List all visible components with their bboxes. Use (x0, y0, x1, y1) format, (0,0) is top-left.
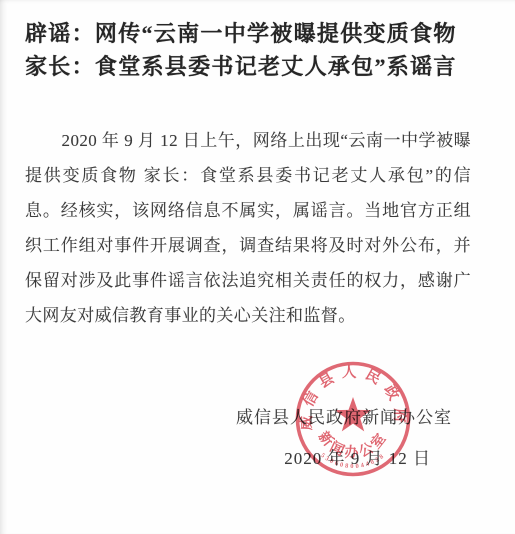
notice-title: 辟谣：网传“云南一中学被曝提供变质食物 家长：食堂系县委书记老丈人承包”系谣言 (0, 0, 515, 83)
signature-org: 威信县人民政府新闻办公室 (0, 403, 515, 428)
notice-title-line2: 家长：食堂系县委书记老丈人承包”系谣言 (25, 50, 475, 83)
signature-date: 2020 年 9 月 12 日 (0, 444, 515, 469)
scanned-notice-page: 辟谣：网传“云南一中学被曝提供变质食物 家长：食堂系县委书记老丈人承包”系谣言 … (0, 0, 515, 534)
notice-title-line1: 辟谣：网传“云南一中学被曝提供变质食物 (25, 17, 475, 50)
notice-body: 2020 年 9 月 12 日上午，网络上出现“云南一中学被曝提供变质食物 家长… (25, 123, 471, 333)
